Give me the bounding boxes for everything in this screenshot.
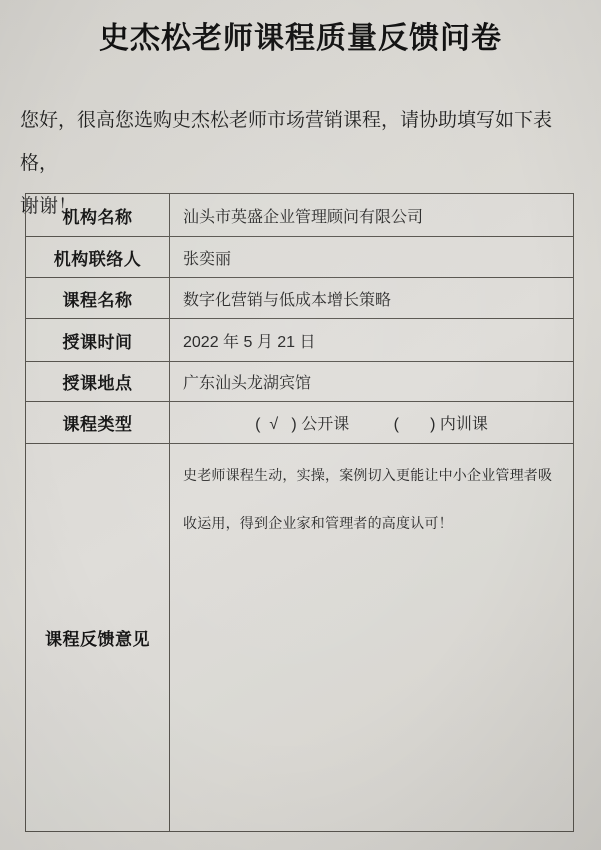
table-row-org-name: 机构名称 汕头市英盛企业管理顾问有限公司 [26,194,573,237]
row-label-contact: 机构联络人 [26,237,170,277]
table-row-feedback: 课程反馈意见 史老师课程生动，实操，案例切入更能让中小企业管理者吸收运用，得到企… [26,444,573,831]
intro-line-1: 您好，很高您选购史杰松老师市场营销课程，请协助填写如下表格， [20,99,587,185]
row-label-org-name: 机构名称 [26,194,170,236]
row-value-feedback: 史老师课程生动，实操，案例切入更能让中小企业管理者吸收运用，得到企业家和管理者的… [170,444,573,831]
row-label-course-name: 课程名称 [26,278,170,318]
row-value-course-date: 2022 年 5 月 21 日 [170,319,573,361]
row-value-course-name: 数字化营销与低成本增长策略 [170,278,573,318]
table-row-contact: 机构联络人 张奕丽 [26,237,573,278]
row-value-contact: 张奕丽 [170,237,573,277]
row-label-course-location: 授课地点 [26,362,170,401]
page-title: 史杰松老师课程质量反馈问卷 [0,13,601,57]
row-label-course-date: 授课时间 [26,319,170,361]
table-row-course-name: 课程名称 数字化营销与低成本增长策略 [26,278,573,319]
row-label-course-type: 课程类型 [26,402,170,443]
questionnaire-page: 史杰松老师课程质量反馈问卷 您好，很高您选购史杰松老师市场营销课程，请协助填写如… [0,0,601,850]
table-row-course-type: 课程类型 ( √ ) 公开课 ( ) 内训课 [26,402,573,444]
row-value-course-type: ( √ ) 公开课 ( ) 内训课 [170,402,573,443]
table-row-course-date: 授课时间 2022 年 5 月 21 日 [26,319,573,362]
row-value-course-location: 广东汕头龙湖宾馆 [170,362,573,401]
feedback-form-table: 机构名称 汕头市英盛企业管理顾问有限公司 机构联络人 张奕丽 课程名称 数字化营… [25,193,574,832]
table-row-course-location: 授课地点 广东汕头龙湖宾馆 [26,362,573,402]
row-value-org-name: 汕头市英盛企业管理顾问有限公司 [170,194,573,236]
row-label-feedback: 课程反馈意见 [26,444,170,831]
